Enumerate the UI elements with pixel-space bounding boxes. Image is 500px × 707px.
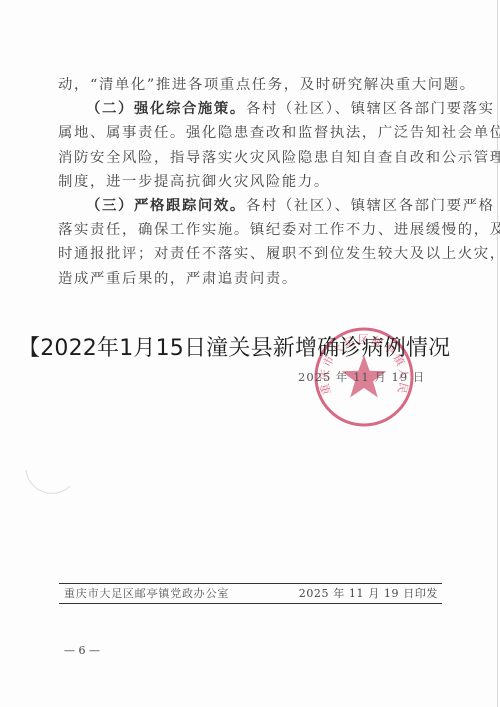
section-heading: （二）强化综合施策。	[86, 100, 246, 117]
paragraph-line: 动，“清单化”推进各项重点任务，及时研究解决重大问题。	[58, 73, 440, 97]
paragraph-text: 各村（社区）、镇辖区各部门要落实	[246, 101, 495, 117]
section-three-first-line: （三）严格跟踪问效。各村（社区）、镇辖区各部门要严格	[58, 194, 440, 218]
document-page: 动，“清单化”推进各项重点任务，及时研究解决重大问题。 （二）强化综合施策。各村…	[0, 0, 500, 707]
paragraph-line: 时通报批评；对责任不落实、履职不到位发生较大及以上火灾，	[58, 242, 440, 266]
section-heading: （三）严格跟踪问效。	[86, 197, 246, 214]
overlay-headline: 【2022年1月15日潼关县新增确诊病例情况	[18, 331, 450, 362]
paragraph-line: 造成严重后果的，严肃追责问责。	[58, 267, 440, 291]
signature-date: 2025 年 11 月 19 日	[298, 369, 425, 385]
issuance-footer: 重庆市大足区邮亭镇党政办公室 2025 年 11 月 19 日印发	[59, 583, 442, 604]
scan-artifact-arc	[24, 460, 84, 520]
section-two-first-line: （二）强化综合施策。各村（社区）、镇辖区各部门要落实	[58, 97, 440, 121]
paragraph-line: 属地、属事责任。强化隐患查改和监督执法，广泛告知社会单位	[58, 121, 440, 145]
paragraph-line: 消防安全风险，指导落实火灾风险隐患自知自查自改和公示管理	[58, 146, 440, 170]
page-edge	[497, 0, 498, 707]
paragraph-line: 制度，进一步提高抗御火灾风险能力。	[58, 170, 440, 194]
paragraph-line: 落实责任，确保工作实施。镇纪委对工作不力、进展缓慢的，及	[58, 218, 440, 242]
body-text: 动，“清单化”推进各项重点任务，及时研究解决重大问题。 （二）强化综合施策。各村…	[58, 73, 440, 291]
page-number: — 6 —	[64, 644, 100, 657]
paragraph-text: 各村（社区）、镇辖区各部门要严格	[246, 198, 495, 214]
issuing-office: 重庆市大足区邮亭镇党政办公室	[64, 585, 229, 601]
issue-date: 2025 年 11 月 19 日印发	[299, 585, 438, 601]
